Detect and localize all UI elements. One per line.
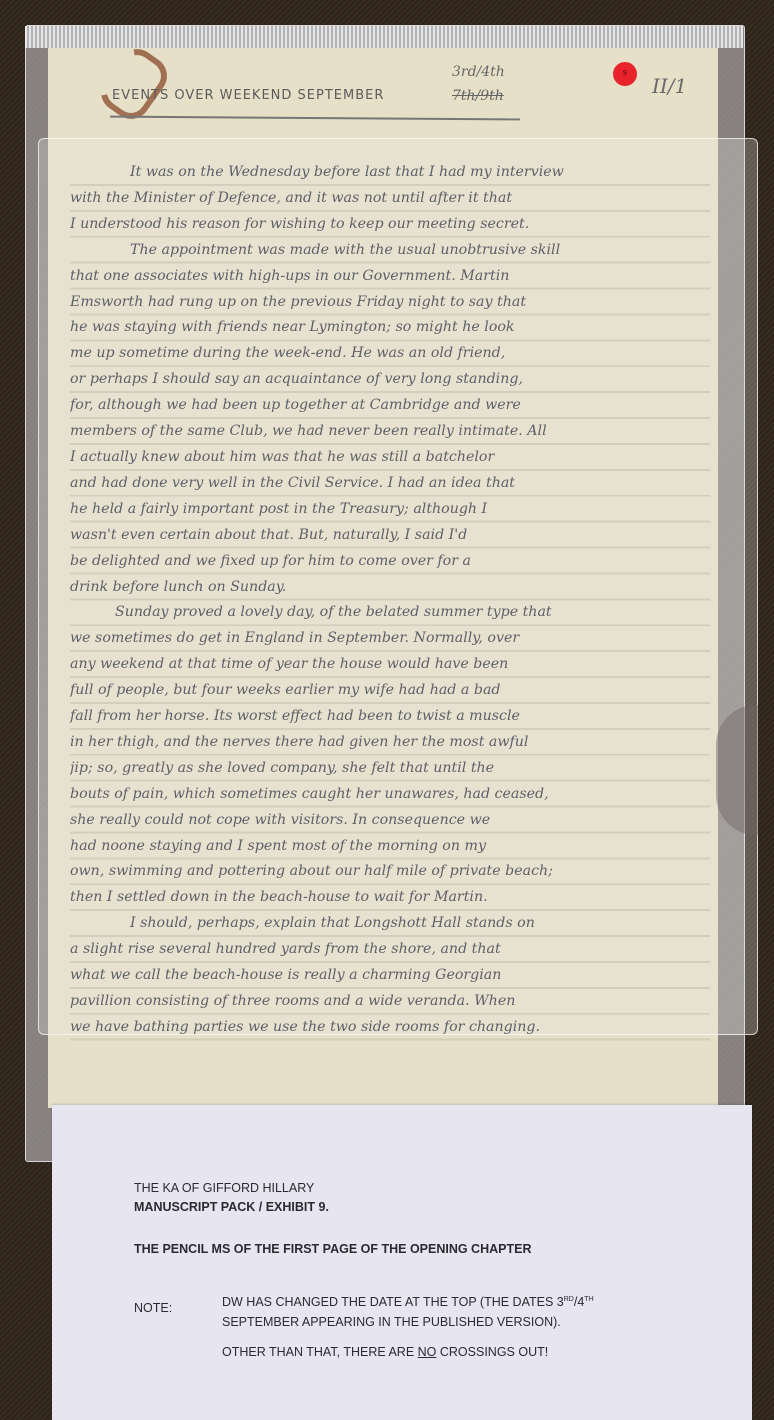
manuscript-line: in her thigh, and the nerves there had g… [70,730,710,756]
superscript-th: TH [584,1296,593,1303]
manuscript-line: be delighted and we fixed up for him to … [70,549,710,575]
manuscript-line: for, although we had been up together at… [70,393,710,419]
red-sticker: 9 [613,62,637,86]
superscript-rd: RD [564,1296,574,1303]
manuscript-line: full of people, but four weeks earlier m… [70,678,710,704]
note-line-2: SEPTEMBER APPEARING IN THE PUBLISHED VER… [222,1315,561,1329]
note-line-3-pre: OTHER THAN THAT, THERE ARE [222,1345,418,1359]
crossed-out-date: 7th/9th [452,88,504,104]
note-line-3-post: CROSSINGS OUT! [436,1345,548,1359]
inserted-date: 3rd/4th [452,64,505,80]
manuscript-line: drink before lunch on Sunday. [70,575,710,601]
manuscript-line: he held a fairly important post in the T… [70,497,710,523]
manuscript-heading: EVENTS OVER WEEKEND SEPTEMBER [112,88,384,103]
manuscript-line: Sunday proved a lovely day, of the belat… [70,600,710,626]
manuscript-line: a slight rise several hundred yards from… [70,937,710,963]
note-emphasis-no: NO [418,1345,437,1359]
note-line-1: DW HAS CHANGED THE DATE AT THE TOP (THE … [222,1295,594,1309]
manuscript-line: what we call the beach-house is really a… [70,963,710,989]
manuscript-line: then I settled down in the beach-house t… [70,885,710,911]
manuscript-line: with the Minister of Defence, and it was… [70,186,710,212]
manuscript-line: any weekend at that time of year the hou… [70,652,710,678]
manuscript-line: wasn't even certain about that. But, nat… [70,523,710,549]
exhibit-description: THE PENCIL MS OF THE FIRST PAGE OF THE O… [134,1242,531,1256]
manuscript-line: I actually knew about him was that he wa… [70,445,710,471]
sticker-label: 9 [623,70,627,77]
manuscript-line: Emsworth had rung up on the previous Fri… [70,290,710,316]
manuscript-line: he was staying with friends near Lymingt… [70,315,710,341]
note-line-1-text: DW HAS CHANGED THE DATE AT THE TOP (THE … [222,1295,564,1309]
manuscript-line: had noone staying and I spent most of th… [70,834,710,860]
manuscript-line: she really could not cope with visitors.… [70,808,710,834]
manuscript-line: own, swimming and pottering about our ha… [70,859,710,885]
manuscript-line: members of the same Club, we had never b… [70,419,710,445]
manuscript-line: jip; so, greatly as she loved company, s… [70,756,710,782]
manuscript-line: that one associates with high-ups in our… [70,264,710,290]
sleeve-thumb-cut [716,705,758,835]
manuscript-line: we sometimes do get in England in Septem… [70,626,710,652]
book-title: THE KA OF GIFFORD HILLARY [134,1181,314,1195]
manuscript-line: pavillion consisting of three rooms and … [70,989,710,1015]
manuscript-line: and had done very well in the Civil Serv… [70,471,710,497]
manuscript-line: we have bathing parties we use the two s… [70,1015,710,1041]
manuscript-line: I should, perhaps, explain that Longshot… [70,911,710,937]
note-line-1-mid: /4 [574,1295,584,1309]
manuscript-line: fall from her horse. Its worst effect ha… [70,704,710,730]
sleeve-seam [25,26,743,48]
note-line-3: OTHER THAN THAT, THERE ARE NO CROSSINGS … [222,1345,548,1359]
exhibit-subtitle: MANUSCRIPT PACK / EXHIBIT 9. [134,1200,329,1214]
manuscript-text: It was on the Wednesday before last that… [70,160,710,1041]
exhibit-label-card: THE KA OF GIFFORD HILLARY MANUSCRIPT PAC… [52,1105,752,1420]
manuscript-line: It was on the Wednesday before last that… [70,160,710,186]
manuscript-line: The appointment was made with the usual … [70,238,710,264]
manuscript-line: or perhaps I should say an acquaintance … [70,367,710,393]
manuscript-line: I understood his reason for wishing to k… [70,212,710,238]
note-label: NOTE: [134,1301,172,1315]
page-number: II/1 [652,74,687,98]
manuscript-line: me up sometime during the week-end. He w… [70,341,710,367]
manuscript-line: bouts of pain, which sometimes caught he… [70,782,710,808]
